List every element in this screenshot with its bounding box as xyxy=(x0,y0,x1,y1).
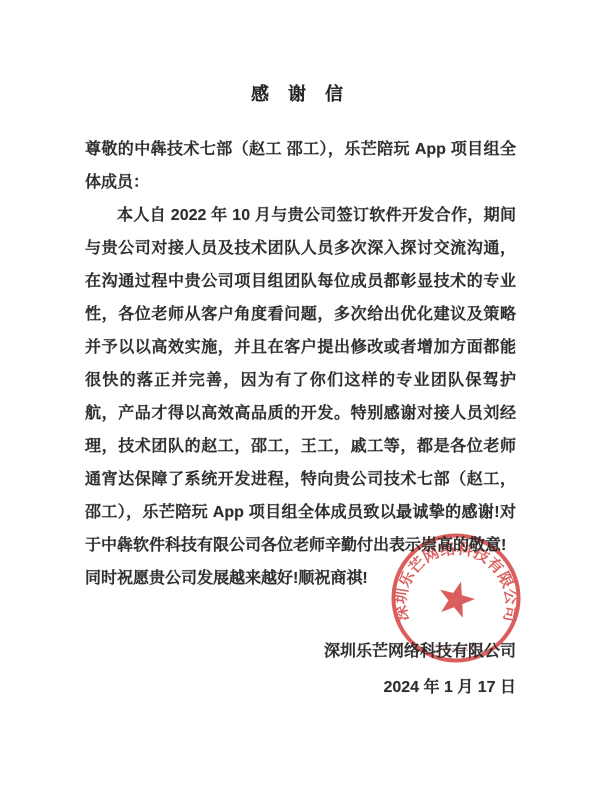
salutation-line: 尊敬的中犇技术七部（赵工 邵工），乐芒陪玩 App 项目组全体成员： xyxy=(85,133,516,199)
letter-content: 感 谢 信 尊敬的中犇技术七部（赵工 邵工），乐芒陪玩 App 项目组全体成员：… xyxy=(0,0,598,704)
letter-title: 感 谢 信 xyxy=(85,80,516,106)
body-paragraph-1: 本人自 2022 年 10 月与贵公司签订软件开发合作，期间与贵公司对接人员及技… xyxy=(85,199,516,562)
signature-company: 深圳乐芒网络科技有限公司 xyxy=(85,635,516,668)
letter-body: 尊敬的中犇技术七部（赵工 邵工），乐芒陪玩 App 项目组全体成员： 本人自 2… xyxy=(85,133,516,595)
letter-page: 深圳乐芒网络科技有限公司 4405072346 感 谢 信 尊敬的中犇技术七部（… xyxy=(0,0,598,798)
body-paragraph-2: 同时祝愿贵公司发展越来越好!顺祝商祺! xyxy=(85,562,516,595)
signature-date: 2024 年 1 月 17 日 xyxy=(85,671,516,704)
